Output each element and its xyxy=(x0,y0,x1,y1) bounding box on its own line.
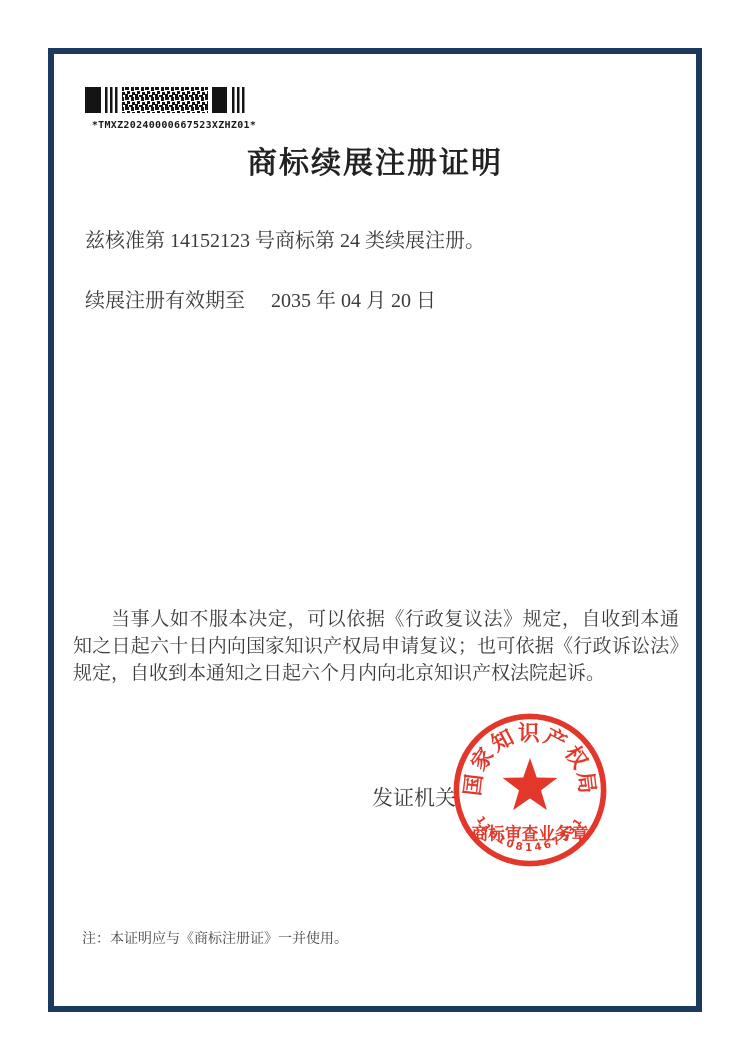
certificate-page: *TMXZ20240000667523XZHZ01* 商标续展注册证明 兹核准第… xyxy=(0,0,750,1061)
appeal-paragraph: 当事人如不服本决定，可以依据《行政复议法》规定，自收到本通知之日起六十日内向国家… xyxy=(73,606,679,687)
approval-line: 兹核准第 14152123 号商标第 24 类续展注册。 xyxy=(85,224,485,253)
issuer-label: 发证机关 xyxy=(372,782,456,812)
barcode-image xyxy=(85,87,263,113)
barcode-text: *TMXZ20240000667523XZHZ01* xyxy=(85,120,263,131)
barcode: *TMXZ20240000667523XZHZ01* xyxy=(85,87,263,131)
footnote: 注：本证明应与《商标注册证》一并使用。 xyxy=(82,928,348,948)
validity-date: 2035 年 04 月 20 日 xyxy=(271,290,436,312)
star-icon xyxy=(503,758,558,810)
validity-label: 续展注册有效期至 xyxy=(85,290,245,312)
validity-line: 续展注册有效期至2035 年 04 月 20 日 xyxy=(85,284,436,313)
official-seal: 国家知识产权局 商标审查业务章 1101081467331 xyxy=(450,710,610,870)
certificate-title: 商标续展注册证明 xyxy=(0,138,750,182)
